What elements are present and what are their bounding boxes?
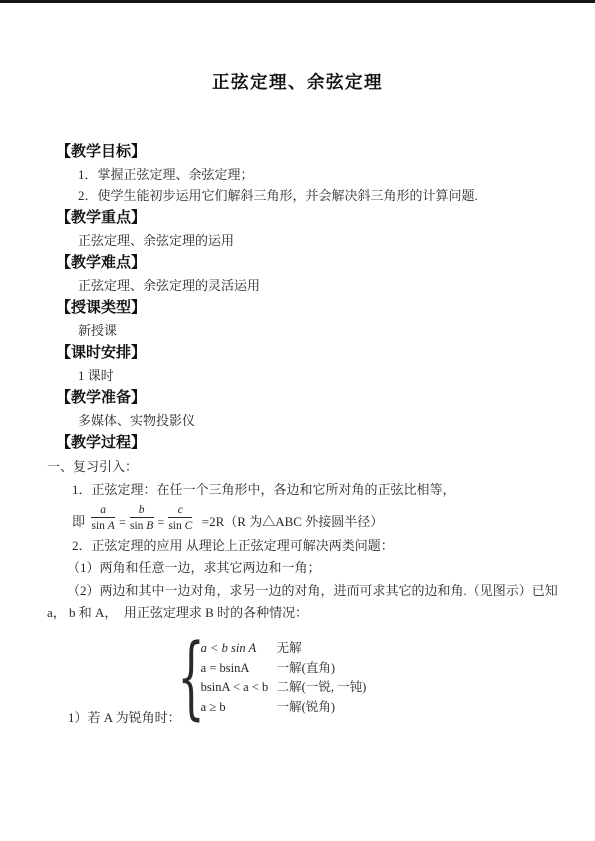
case-result-1: 无解 <box>277 639 367 659</box>
equals-sign: = <box>158 515 165 529</box>
section-heading-difficult-points: 【教学难点】 <box>56 251 561 275</box>
section-heading-period-arrangement: 【课时安排】 <box>56 341 561 365</box>
formula-prefix: 即 <box>72 514 88 529</box>
teaching-goal-item-1: 1．掌握正弦定理、余弦定理； <box>78 164 561 185</box>
document-title: 正弦定理、余弦定理 <box>0 69 595 95</box>
section-heading-teaching-process: 【教学过程】 <box>56 431 561 455</box>
section-heading-teaching-goals: 【教学目标】 <box>56 140 561 164</box>
equals-sign: = <box>119 515 126 529</box>
lesson-type-text: 新授课 <box>78 320 561 341</box>
case-condition-2: a = bsinA <box>201 659 275 679</box>
application-case-2-line-1: （2）两边和其中一边对角，求另一边的对角，进而可求其它的边和角.（见图示）已知 <box>67 579 561 602</box>
section-heading-lesson-type: 【授课类型】 <box>56 296 561 320</box>
sine-rule-statement: 1．正弦定理：在任一个三角形中，各边和它所对角的正弦比相等， <box>72 479 561 500</box>
acute-angle-case-label: 1）若 A 为锐角时： <box>68 707 181 728</box>
denominator-sinC: sin C <box>168 518 192 533</box>
case-rows: a < b sin A 无解 a = bsinA 一解(直角) bsinA < … <box>201 628 367 728</box>
case-condition-3: bsinA < a < b <box>201 678 275 698</box>
fraction-b-over-sinB: bsin B <box>130 504 154 533</box>
sin-function-label: sin <box>130 520 143 532</box>
section-heading-key-points: 【教学重点】 <box>56 206 561 230</box>
section-heading-teaching-preparation: 【教学准备】 <box>56 386 561 410</box>
sin-function-label: sin <box>91 520 104 532</box>
review-intro-label: 一、复习引入： <box>47 455 561 479</box>
application-case-2-line-2: a， b 和 A， 用正弦定理求 B 时的各种情况： <box>47 602 561 623</box>
denominator-sinA: sin A <box>91 518 115 533</box>
document-body: 【教学目标】 1．掌握正弦定理、余弦定理； 2．使学生能初步运用它们解斜三角形，… <box>0 140 595 728</box>
key-points-text: 正弦定理、余弦定理的运用 <box>78 230 561 251</box>
teaching-goal-item-2: 2．使学生能初步运用它们解斜三角形，并会解决斜三角形的计算问题. <box>78 185 561 206</box>
case-condition-1: a < b sin A <box>201 639 275 659</box>
left-brace-glyph: { <box>187 626 195 730</box>
case-condition-4: a ≥ b <box>201 698 275 718</box>
document-page: 正弦定理、余弦定理 【教学目标】 1．掌握正弦定理、余弦定理； 2．使学生能初步… <box>0 0 595 728</box>
teaching-preparation-text: 多媒体、实物投影仪 <box>78 410 561 431</box>
numerator-c: c <box>168 504 192 518</box>
difficult-points-text: 正弦定理、余弦定理的灵活运用 <box>78 275 561 296</box>
application-case-1: （1）两角和任意一边，求其它两边和一角； <box>67 556 561 579</box>
acute-angle-case-analysis: 1）若 A 为锐角时： { a < b sin A 无解 a = bsinA 一… <box>68 628 561 728</box>
case-result-2: 一解(直角) <box>277 659 367 679</box>
page-top-border <box>0 0 595 3</box>
angle-variable-C: C <box>185 520 193 532</box>
fraction-a-over-sinA: asin A <box>91 504 115 533</box>
denominator-sinB: sin B <box>130 518 154 533</box>
sine-rule-application: 2．正弦定理的应用 从理论上正弦定理可解决两类问题： <box>72 535 561 556</box>
sin-function-label: sin <box>168 520 181 532</box>
numerator-a: a <box>91 504 115 518</box>
angle-variable-B: B <box>146 520 153 532</box>
period-arrangement-text: 1 课时 <box>78 365 561 386</box>
formula-suffix: =2R（R 为△ABC 外接圆半径） <box>195 514 383 529</box>
fraction-c-over-sinC: csin C <box>168 504 192 533</box>
case-result-4: 一解(锐角) <box>277 698 367 718</box>
sine-rule-formula: 即 asin A=bsin B=csin C =2R（R 为△ABC 外接圆半径… <box>72 500 561 535</box>
angle-variable-A: A <box>108 520 115 532</box>
numerator-b: b <box>130 504 154 518</box>
case-result-3: 二解(一锐, 一钝) <box>277 678 367 698</box>
